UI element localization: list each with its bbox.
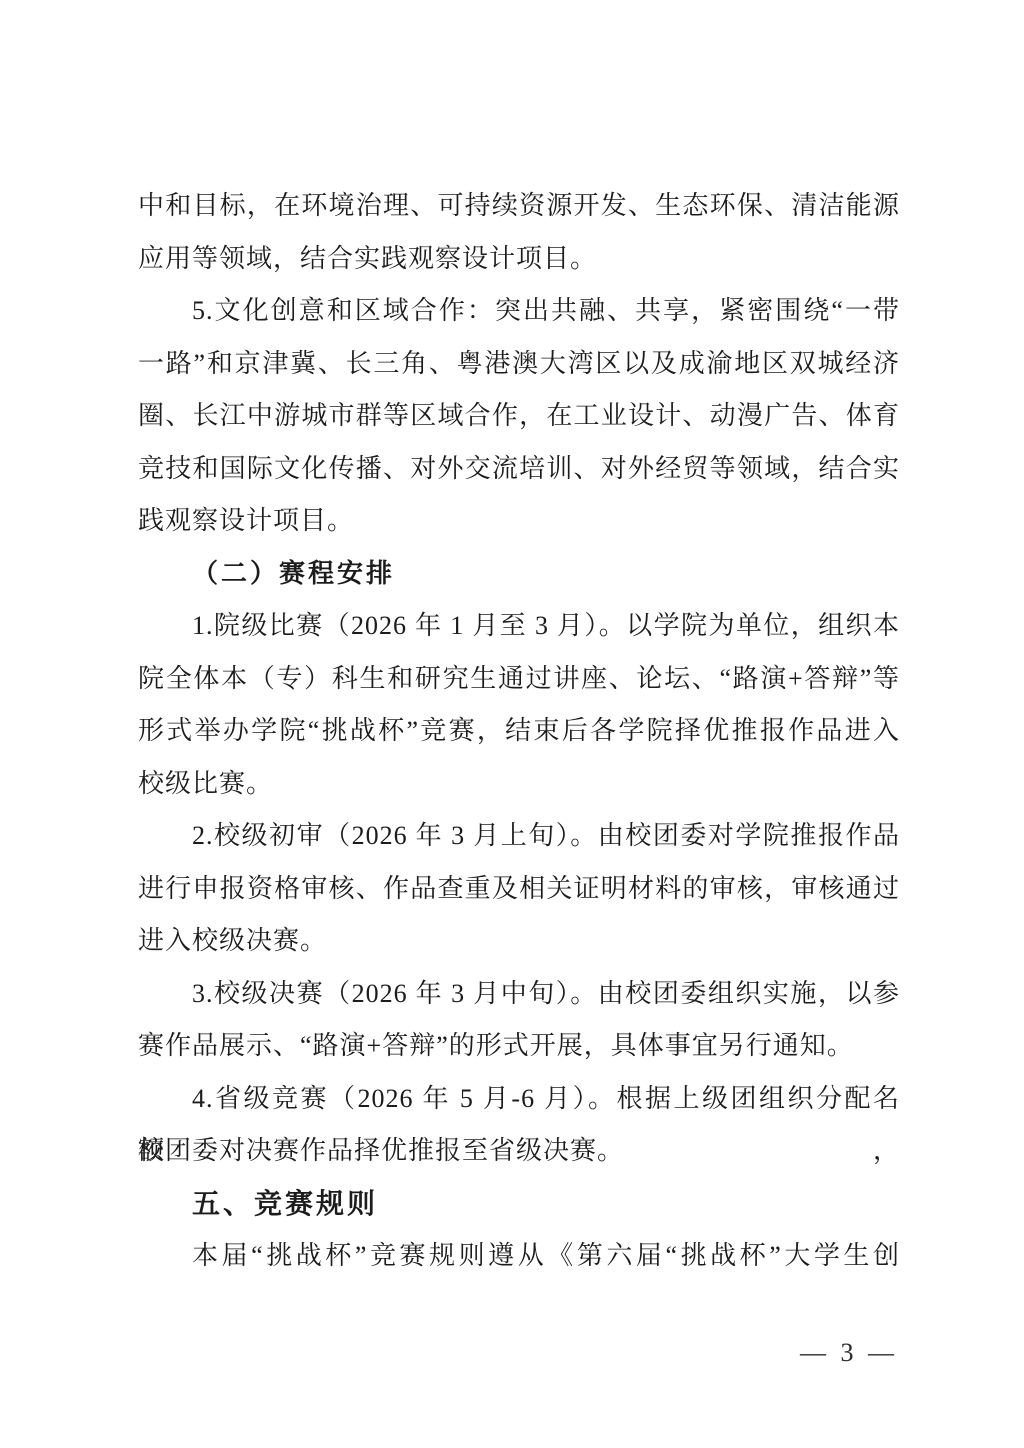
body-line: 竞技和国际文化传播、对外交流培训、对外经贸等领域，结合实 — [138, 443, 900, 496]
body-line: 1.院级比赛（2026 年 1 月至 3 月）。以学院为单位，组织本 — [138, 600, 900, 653]
body-line: 践观察设计项目。 — [138, 495, 900, 548]
body-line: 2.校级初审（2026 年 3 月上旬）。由校团委对学院推报作品 — [138, 810, 900, 863]
body-line: 形式举办学院“挑战杯”竞赛，结束后各学院择优推报作品进入 — [138, 705, 900, 758]
document-text-block: 中和目标，在环境治理、可持续资源开发、生态环保、清洁能源 应用等领域，结合实践观… — [138, 180, 900, 1283]
subsection-heading: （二）赛程安排 — [138, 548, 900, 601]
body-line: 进行申报资格审核、作品查重及相关证明材料的审核，审核通过 — [138, 863, 900, 916]
body-line: 应用等领域，结合实践观察设计项目。 — [138, 233, 900, 286]
page-number: — 3 — — [800, 1338, 898, 1368]
body-line: 圈、长江中游城市群等区域合作，在工业设计、动漫广告、体育 — [138, 390, 900, 443]
body-line: 3.校级决赛（2026 年 3 月中旬）。由校团委组织实施，以参 — [138, 968, 900, 1021]
body-line: 进入校级决赛。 — [138, 915, 900, 968]
body-line: 校级比赛。 — [138, 758, 900, 811]
body-line: 中和目标，在环境治理、可持续资源开发、生态环保、清洁能源 — [138, 180, 900, 233]
body-line: 本届“挑战杯”竞赛规则遵从《第六届“挑战杯”大学生创 — [138, 1230, 900, 1283]
body-line: 一路”和京津冀、长三角、粤港澳大湾区以及成渝地区双城经济 — [138, 338, 900, 391]
body-line: 赛作品展示、“路演+答辩”的形式开展，具体事宜另行通知。 — [138, 1020, 900, 1073]
document-page: 中和目标，在环境治理、可持续资源开发、生态环保、清洁能源 应用等领域，结合实践观… — [0, 0, 1024, 1448]
body-line: 院全体本（专）科生和研究生通过讲座、论坛、“路演+答辩”等 — [138, 653, 900, 706]
body-line: 5.文化创意和区域合作：突出共融、共享，紧密围绕“一带 — [138, 285, 900, 338]
section-heading: 五、竞赛规则 — [138, 1178, 900, 1231]
body-line: 4.省级竞赛（2026 年 5 月-6 月）。根据上级团组织分配名额， — [138, 1073, 900, 1126]
